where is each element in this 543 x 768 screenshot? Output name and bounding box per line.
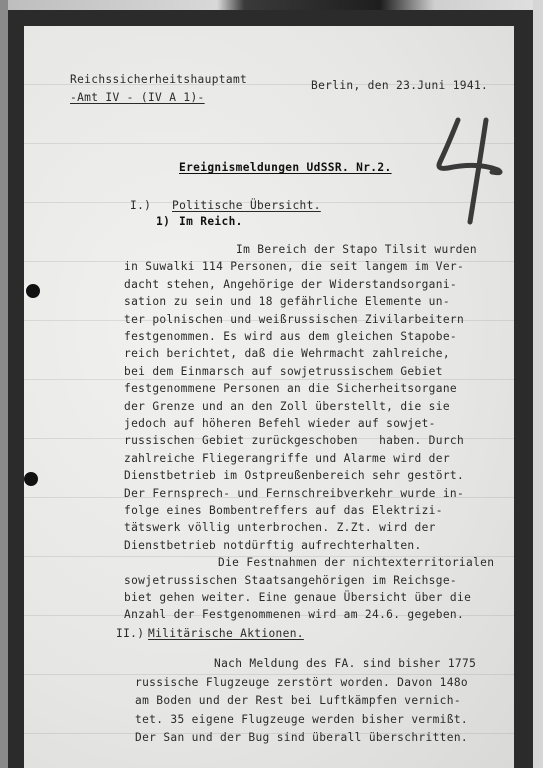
scan-right-edge — [533, 0, 543, 768]
body-line: Im Bereich der Stapo Tilsit wurden — [236, 243, 477, 257]
body-line: biet gehen weiter. Eine genaue Übersicht… — [124, 591, 471, 605]
body-line: am Boden und der Rest bei Luftkämpfen ve… — [135, 694, 461, 708]
body-line: Die Festnahmen der nichtexterritorialen — [218, 556, 494, 570]
section-1-heading: Politische Übersicht. — [172, 199, 321, 213]
scan-top-edge — [0, 0, 543, 10]
body-line: Anzahl der Festgenommenen wird am 24.6. … — [124, 608, 464, 622]
header-office: -Amt IV - (IV A 1)- — [70, 91, 205, 105]
section-2-number: II.) — [116, 627, 144, 641]
body-line: russische Flugzeuge zerstört worden. Dav… — [135, 676, 468, 690]
section-1-number: I.) — [130, 199, 151, 213]
body-line: Dienstbetrieb im Ostpreußenbereich sehr … — [124, 469, 464, 483]
header-place-date: Berlin, den 23.Juni 1941. — [311, 79, 488, 93]
section-1-sub-heading: Im Reich. — [179, 215, 243, 229]
body-line: in Suwalki 114 Personen, die seit langem… — [124, 260, 464, 274]
body-line: Nach Meldung des FA. sind bisher 1775 — [214, 657, 476, 671]
body-line: ter polnischen und weißrussischen Zivila… — [124, 313, 464, 327]
body-line: der Grenze und an den Zoll überstellt, d… — [124, 400, 450, 414]
body-line: reich berichtet, daß die Wehrmacht zahlr… — [124, 347, 450, 361]
punch-hole-icon — [26, 284, 40, 298]
body-line: sation zu sein und 18 gefährliche Elemen… — [124, 295, 450, 309]
report-title: Ereignismeldungen UdSSR. Nr.2. — [179, 161, 392, 175]
body-line: Der Fernsprech- und Fernschreibverkehr w… — [124, 487, 464, 501]
body-line: bei dem Einmarsch auf sowjetrussischem G… — [124, 365, 443, 379]
section-2-heading: Militärische Aktionen. — [148, 627, 304, 641]
section-1-sub-number: 1) — [156, 215, 170, 229]
body-line: russischen Gebiet zurückgeschoben haben.… — [124, 434, 464, 448]
body-line: zahlreiche Fliegerangriffe und Alarme wi… — [124, 452, 450, 466]
scan-left-edge — [0, 0, 8, 768]
body-line: sowjetrussischen Staatsangehörigen im Re… — [124, 574, 457, 588]
header-agency: Reichssicherheitshauptamt — [70, 73, 247, 87]
body-line: festgenommene Personen an die Sicherheit… — [124, 382, 457, 396]
body-line: dacht stehen, Angehörige der Widerstands… — [124, 278, 457, 292]
body-line: tätswerk völlig unterbrochen. Z.Zt. wird… — [124, 521, 436, 535]
body-line: festgenommen. Es wird aus dem gleichen S… — [124, 330, 457, 344]
body-line: Der San und der Bug sind überall übersch… — [135, 731, 468, 745]
body-line: folge eines Bombentreffers auf das Elekt… — [124, 504, 443, 518]
punch-hole-icon — [24, 472, 38, 486]
body-line: jedoch auf höheren Befehl wieder auf sow… — [124, 417, 436, 431]
body-line: tet. 35 eigene Flugzeuge werden bisher v… — [135, 713, 468, 727]
body-line: Dienstbetrieb notdürftig aufrechterhalte… — [124, 539, 422, 553]
document-page: Reichssicherheitshauptamt -Amt IV - (IV … — [24, 26, 514, 768]
handwritten-page-number-icon — [418, 100, 514, 230]
